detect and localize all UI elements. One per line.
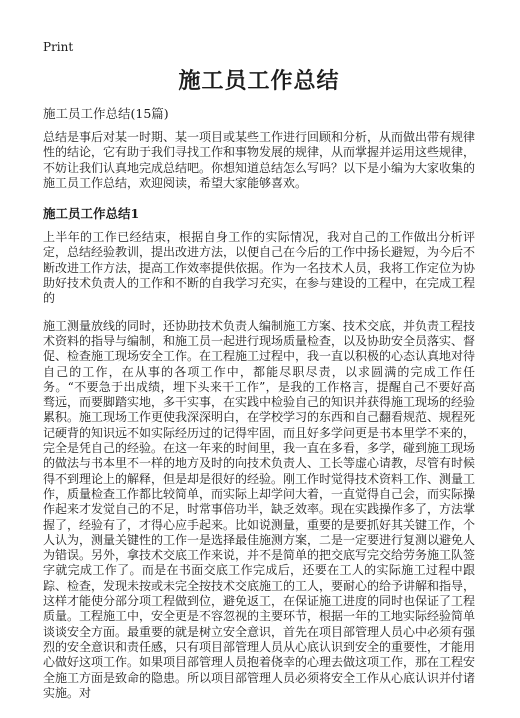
page-title: 施工员工作总结	[43, 68, 475, 95]
document-subtitle: 施工员工作总结(15篇)	[43, 106, 475, 121]
section-1-heading: 施工员工作总结1	[43, 206, 475, 221]
intro-paragraph: 总结是事后对某一时期、某一项目或某些工作进行回顾和分析，从而做出带有规律性的结论…	[43, 130, 475, 191]
document-page: Print 施工员工作总结 施工员工作总结(15篇) 总结是事后对某一时期、某一…	[0, 0, 520, 718]
section-1-paragraph-2: 施工测量放线的同时，还协助技术负责人编制施工方案、技术交底，并负责工程技术资料的…	[43, 319, 475, 701]
section-1-paragraph-1: 上半年的工作已经结束，根据自身工作的实际情况，我对自己的工作做出分析评定，总结经…	[43, 230, 475, 306]
print-link[interactable]: Print	[43, 41, 475, 54]
